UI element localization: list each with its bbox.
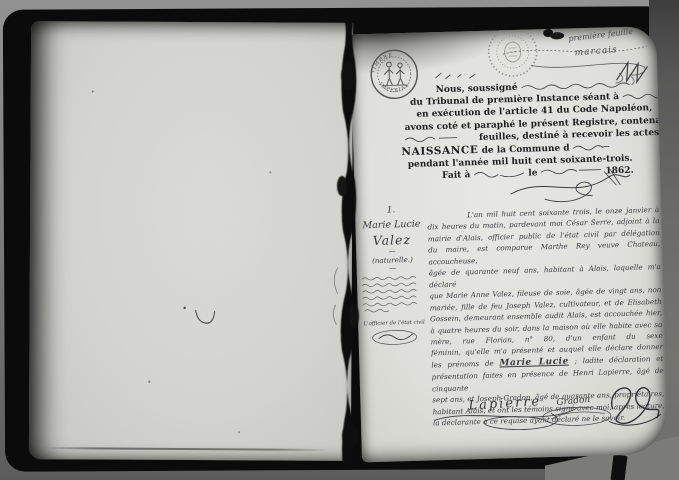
register-scan: TIMBRE IMPERIAL première feuille marcais bbox=[0, 0, 679, 480]
left-page-marks bbox=[29, 21, 353, 461]
handwritten-fill bbox=[571, 142, 611, 151]
left-page bbox=[29, 21, 353, 461]
handwritten-fill bbox=[403, 133, 459, 143]
marginal-note-lines bbox=[360, 274, 427, 320]
signature-officer-flourish bbox=[600, 378, 667, 428]
printed-text: Fait à bbox=[442, 171, 471, 182]
handwritten-fill bbox=[519, 79, 639, 90]
speck bbox=[148, 381, 150, 383]
tick-marks bbox=[433, 69, 483, 82]
child-name: Marie Lucie bbox=[499, 356, 569, 368]
ink-dot bbox=[183, 307, 185, 309]
act-text: les prénoms de bbox=[431, 358, 499, 369]
right-page: TIMBRE IMPERIAL première feuille marcais bbox=[350, 26, 668, 462]
margin-dash: — bbox=[359, 263, 427, 273]
printed-text: Nous, soussigné bbox=[436, 83, 518, 95]
margin-signature bbox=[366, 327, 423, 349]
speck bbox=[238, 431, 240, 433]
clasp-fragment bbox=[610, 454, 627, 480]
margin-name-first: Marie Lucie bbox=[357, 219, 425, 232]
pen-mark bbox=[196, 310, 215, 323]
speck bbox=[269, 171, 271, 173]
printed-naissance: NAISSANCE bbox=[401, 144, 478, 158]
speck bbox=[92, 90, 94, 92]
stamp-figures bbox=[382, 62, 408, 86]
margin-column: 1. Marie Lucie Valez — (naturelle.) — L'… bbox=[357, 205, 429, 349]
act-text: ; ladite déclaration et bbox=[569, 354, 664, 366]
judge-signature bbox=[504, 165, 635, 211]
handwritten-fill bbox=[621, 91, 663, 100]
spine-shadow bbox=[330, 16, 366, 468]
act-number: 1. bbox=[357, 205, 425, 217]
